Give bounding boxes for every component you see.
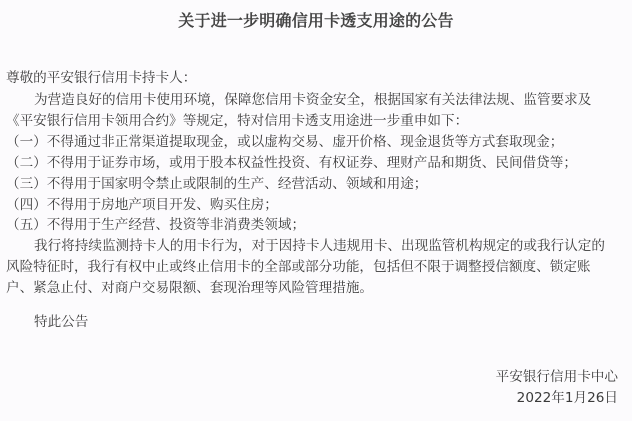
- list-item: （二）不得用于证券市场，或用于股本权益性投资、有权证券、理财产品和期货、民间借贷…: [6, 154, 577, 172]
- page-title: 关于进一步明确信用卡透支用途的公告: [0, 8, 632, 31]
- intro-paragraph-line-2: 《平安银行信用卡领用合约》等规定，特对信用卡透支用途进一步重申如下：: [6, 112, 468, 130]
- list-item: （五）不得用于生产经营、投资等非消费类领域；: [6, 216, 305, 234]
- closing-statement: 特此公告: [34, 313, 88, 331]
- announcement-date: 2022年1月26日: [517, 389, 618, 407]
- signer-name: 平安银行信用卡中心: [496, 368, 618, 386]
- intro-paragraph-line-1: 为营造良好的信用卡使用环境，保障您信用卡资金安全，根据国家有关法律法规、监管要求…: [34, 91, 591, 109]
- salutation: 尊敬的平安银行信用卡持卡人：: [6, 69, 196, 87]
- list-item: （三）不得用于国家明令禁止或限制的生产、经营活动、领域和用途；: [6, 175, 427, 193]
- monitor-paragraph-line-3: 户、紧急止付、对商户交易限额、套现治理等风险管理措施。: [6, 279, 373, 297]
- monitor-paragraph-line-1: 我行将持续监测持卡人的用卡行为，对于因持卡人违规用卡、出现监管机构规定的或我行认…: [34, 237, 605, 255]
- monitor-paragraph-line-2: 风险特征时，我行有权中止或终止信用卡的全部或部分功能，包括但不限于调整授信额度、…: [6, 258, 591, 276]
- list-item: （一）不得通过非正常渠道提取现金，或以虚构交易、虚开价格、现金退货等方式套取现金…: [6, 133, 563, 151]
- list-item: （四）不得用于房地产项目开发、购买住房；: [6, 196, 278, 214]
